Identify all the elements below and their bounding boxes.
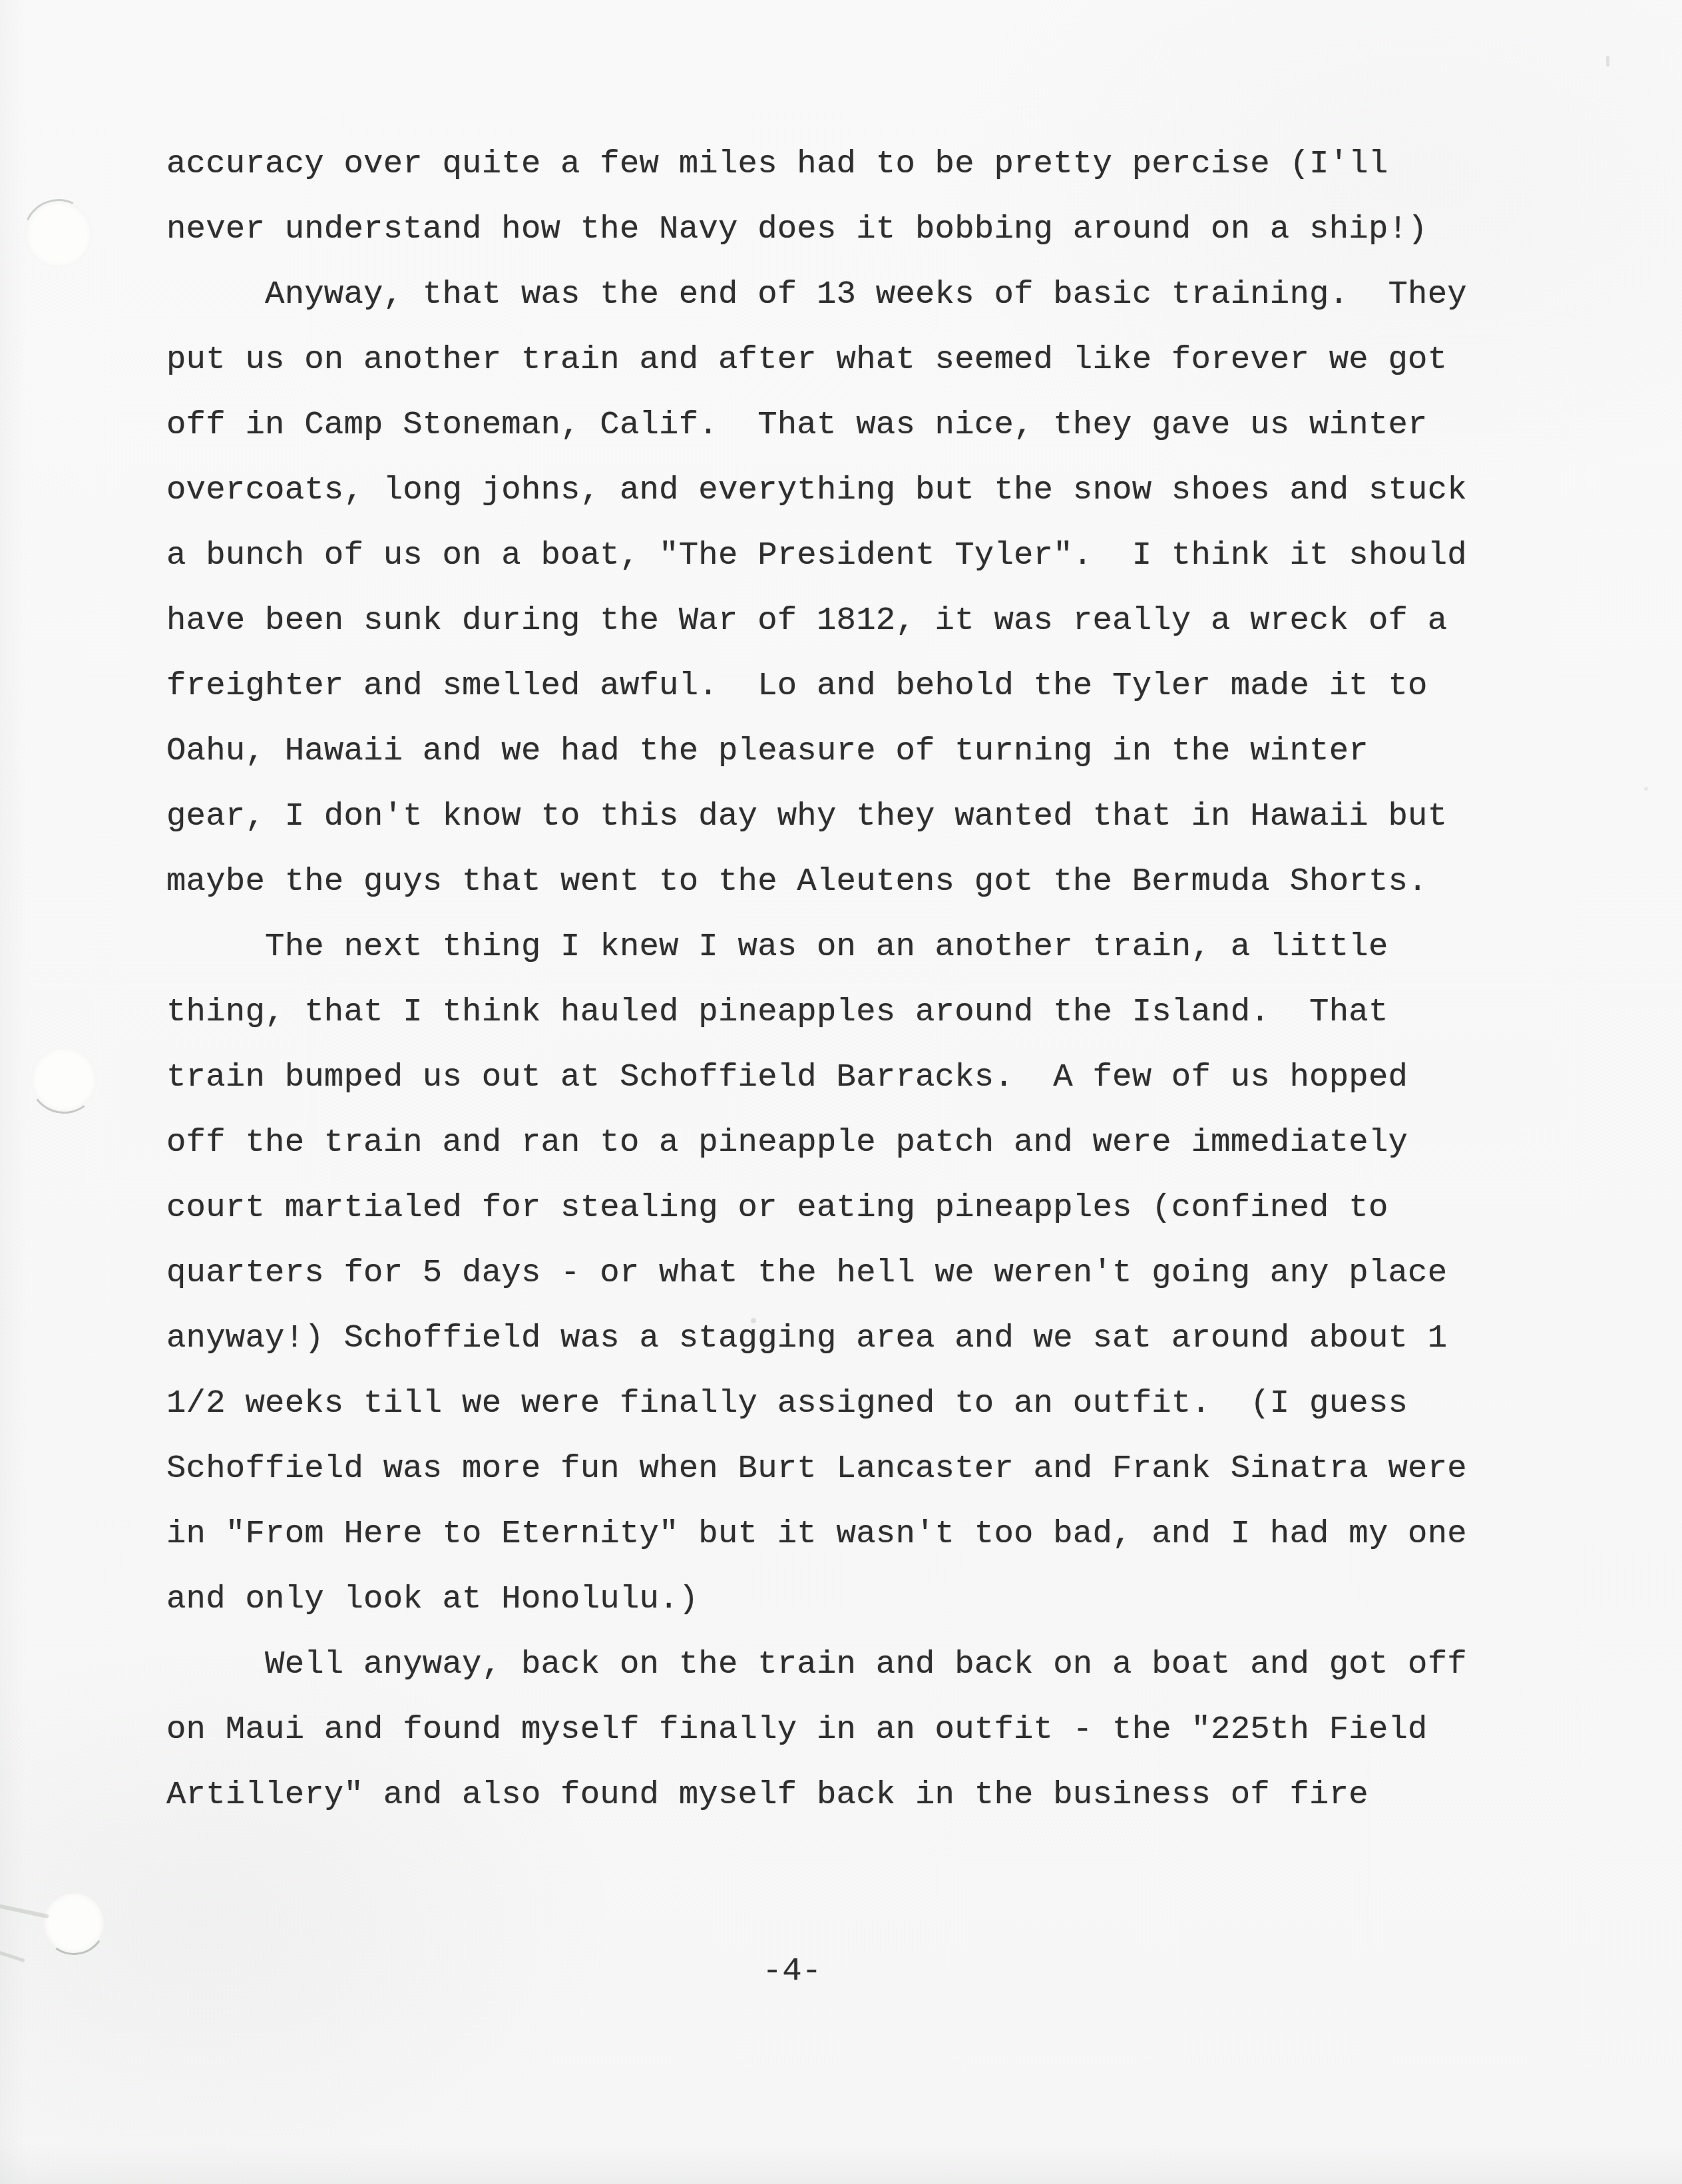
scan-streak bbox=[0, 1904, 49, 1919]
text-line: Schoffield was more fun when Burt Lancas… bbox=[166, 1436, 1467, 1501]
scan-speck bbox=[1606, 56, 1609, 67]
text-line: 1/2 weeks till we were finally assigned … bbox=[166, 1371, 1467, 1436]
hole-punch-middle bbox=[31, 1048, 97, 1112]
text-line: train bumped us out at Schoffield Barrac… bbox=[166, 1044, 1467, 1110]
text-line: Anyway, that was the end of 13 weeks of … bbox=[166, 262, 1467, 327]
scanned-typewritten-page: accuracy over quite a few miles had to b… bbox=[0, 0, 1682, 2184]
text-line: The next thing I knew I was on an anothe… bbox=[166, 914, 1467, 979]
text-line: court martialed for stealing or eating p… bbox=[166, 1175, 1467, 1240]
text-line: thing, that I think hauled pineapples ar… bbox=[166, 979, 1467, 1044]
text-line: never understand how the Navy does it bo… bbox=[166, 196, 1467, 262]
text-line: anyway!) Schoffield was a stagging area … bbox=[166, 1305, 1467, 1371]
text-line: off the train and ran to a pineapple pat… bbox=[166, 1110, 1467, 1175]
text-line: gear, I don't know to this day why they … bbox=[166, 783, 1467, 849]
text-line: accuracy over quite a few miles had to b… bbox=[166, 131, 1467, 196]
text-line: Well anyway, back on the train and back … bbox=[166, 1632, 1467, 1697]
text-line: maybe the guys that went to the Aleutens… bbox=[166, 849, 1467, 914]
text-line: and only look at Honolulu.) bbox=[166, 1566, 1467, 1632]
text-line: freighter and smelled awful. Lo and beho… bbox=[166, 653, 1467, 718]
text-line: in "From Here to Eternity" but it wasn't… bbox=[166, 1501, 1467, 1566]
text-line: quarters for 5 days - or what the hell w… bbox=[166, 1240, 1467, 1305]
text-line: Artillery" and also found myself back in… bbox=[166, 1762, 1467, 1827]
text-line: off in Camp Stoneman, Calif. That was ni… bbox=[166, 392, 1467, 457]
scan-speck bbox=[1644, 787, 1648, 791]
text-line: a bunch of us on a boat, "The President … bbox=[166, 523, 1467, 588]
typed-text-block: accuracy over quite a few miles had to b… bbox=[166, 131, 1467, 1827]
text-line: overcoats, long johns, and everything bu… bbox=[166, 457, 1467, 523]
hole-punch-top bbox=[25, 201, 92, 268]
text-line: have been sunk during the War of 1812, i… bbox=[166, 588, 1467, 653]
text-line: Oahu, Hawaii and we had the pleasure of … bbox=[166, 718, 1467, 783]
text-line: on Maui and found myself finally in an o… bbox=[166, 1697, 1467, 1762]
page-number: -4- bbox=[0, 1938, 1584, 2004]
text-line: put us on another train and after what s… bbox=[166, 327, 1467, 392]
